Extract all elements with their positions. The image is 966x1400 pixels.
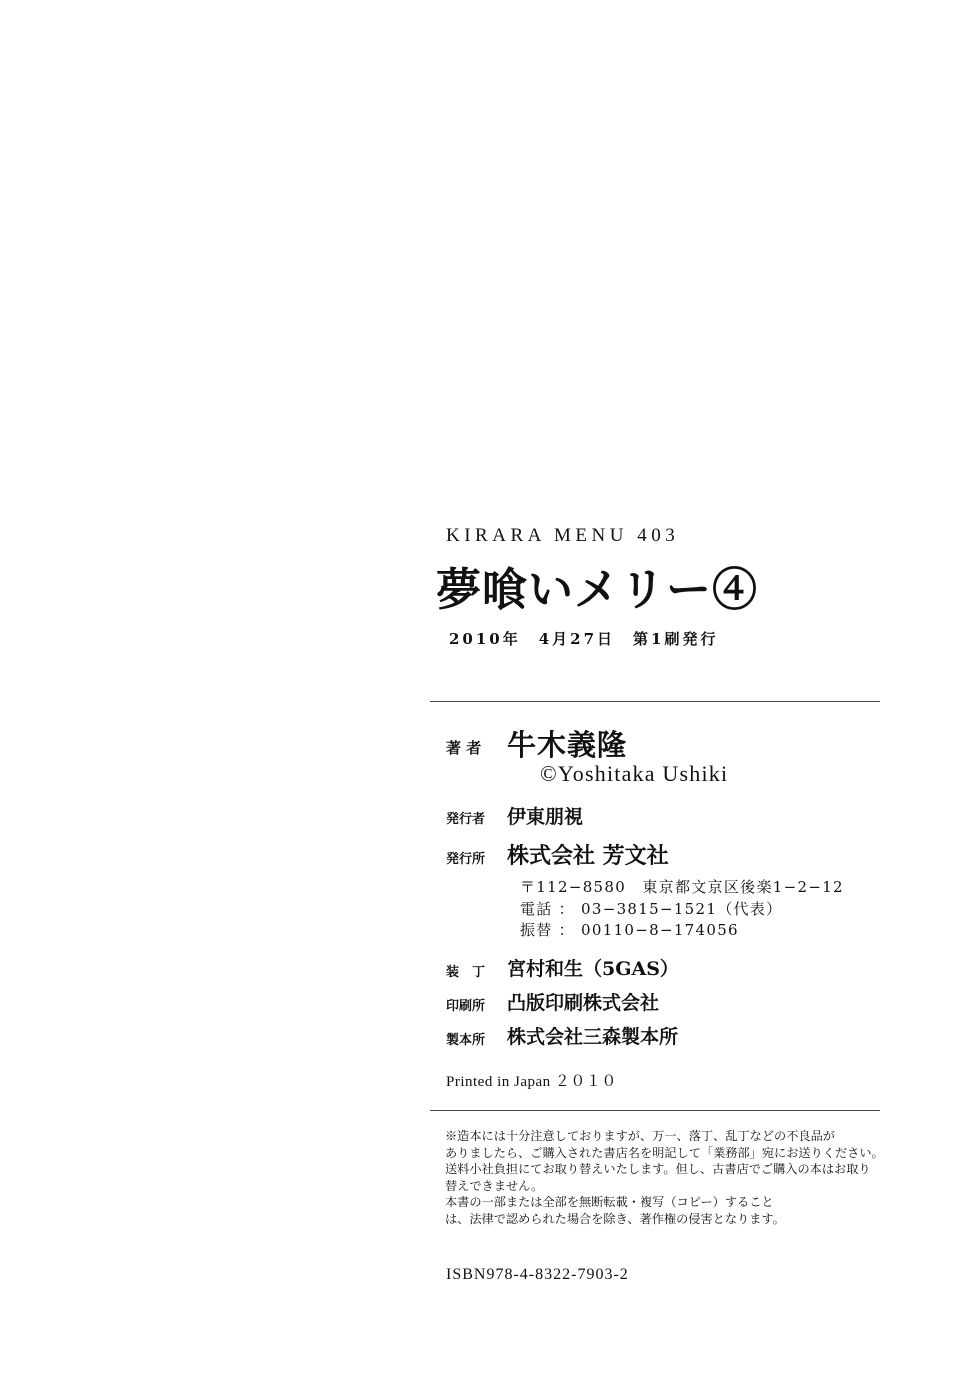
design-name: 宮村和生（5GAS） — [507, 954, 679, 981]
printer-label: 印刷所 — [446, 995, 485, 1014]
publisher-person-label: 発行者 — [446, 808, 485, 827]
divider-top — [430, 701, 880, 702]
series-label: KIRARA MENU 403 — [446, 525, 679, 547]
legal-notice: ※造本には十分注意しておりますが、万一、落丁、乱丁などの不良品が ありましたら、… — [445, 1128, 884, 1227]
notice-line: 替えできません。 — [445, 1178, 884, 1195]
author-name: 牛木義隆 — [507, 723, 627, 764]
notice-line: は、法律で認められた場合を除き、著作権の侵害となります。 — [445, 1211, 884, 1228]
printed-in-japan: Printed in Japan ２０１０ — [446, 1070, 617, 1091]
transfer-account-line: 振替 ： 00110−8−174056 — [520, 919, 739, 940]
publishing-house-name: 株式会社 芳文社 — [507, 839, 669, 870]
publication-date: 2010年 4月27日 第1刷発行 — [449, 628, 719, 649]
printer-name: 凸版印刷株式会社 — [507, 988, 659, 1015]
author-label: 著 者 — [446, 737, 481, 758]
author-copyright: ©Yoshitaka Ushiki — [540, 761, 728, 787]
address-line: 〒112−8580 東京都文京区後楽1−2−12 — [520, 876, 844, 897]
notice-line: 送料小社負担にてお取り替えいたします。但し、古書店でご購入の本はお取り — [445, 1161, 884, 1178]
phone-line: 電話 ： 03−3815−1521（代表） — [520, 898, 782, 919]
isbn: ISBN978-4-8322-7903-2 — [446, 1266, 629, 1284]
book-title: 夢喰いメリー④ — [436, 560, 758, 620]
notice-line: 本書の一部または全部を無断転載・複写（コピー）すること — [445, 1194, 884, 1211]
notice-line: ※造本には十分注意しておりますが、万一、落丁、乱丁などの不良品が — [445, 1128, 884, 1145]
binder-name: 株式会社三森製本所 — [507, 1022, 678, 1049]
binder-label: 製本所 — [446, 1029, 485, 1048]
publisher-person-name: 伊東朋視 — [507, 802, 583, 829]
notice-line: ありましたら、ご購入された書店名を明記して「業務部」宛にお送りください。 — [445, 1145, 884, 1162]
publishing-house-label: 発行所 — [446, 848, 485, 867]
design-label: 装 丁 — [446, 961, 485, 980]
divider-bottom — [430, 1110, 880, 1111]
